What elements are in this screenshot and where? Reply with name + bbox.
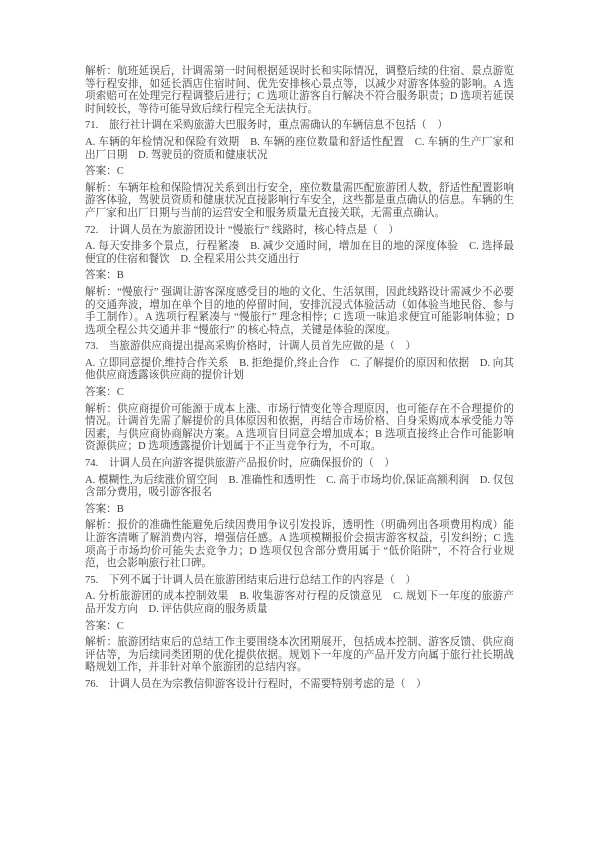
question-74-analysis: 解析：报价的准确性能避免后续因费用争议引发投诉，透明性（明确列出各项费用构成）能…	[85, 520, 514, 570]
question-72-options: A. 每天安排多个景点，行程紧凑 B. 减少交通时间，增加在目的地的深度体验 C…	[85, 241, 514, 266]
document-page: 解析：航班延误后，计调需第一时间根据延误时长和实际情况，调整后续的住宿、景点游览…	[0, 0, 600, 849]
question-75-heading: 75. 下列不属于计调人员在旅游团结束后进行总结工作的内容是（ ）	[85, 575, 514, 588]
document-content: 解析：航班延误后，计调需第一时间根据延误时长和实际情况，调整后续的住宿、景点游览…	[85, 66, 514, 696]
question-72-heading: 72. 计调人员在为旅游团设计 “慢旅行” 线路时，核心特点是（ ）	[85, 225, 514, 238]
question-71-analysis: 解析：车辆年检和保险情况关系到出行安全，座位数量需匹配旅游团人数，舒适性配置影响…	[85, 183, 514, 221]
question-76-heading: 76. 计调人员在为宗教信仰游客设计行程时，不需要特别考虑的是（ ）	[85, 679, 514, 692]
question-74-heading: 74. 计调人员在向游客提供旅游产品报价时，应确保报价的（ ）	[85, 458, 514, 471]
question-73-heading: 73. 当旅游供应商提出提高采购价格时，计调人员首先应做的是（ ）	[85, 341, 514, 354]
question-75-answer: 答案：C	[85, 621, 514, 634]
question-71-answer: 答案：C	[85, 166, 514, 179]
question-74-answer: 答案：B	[85, 504, 514, 517]
question-74-options: A. 模糊性,为后续涨价留空间 B. 准确性和透明性 C. 高于市场均价,保证高…	[85, 475, 514, 500]
question-72-analysis: 解析：“慢旅行” 强调让游客深度感受目的地的文化、生活氛围，因此线路设计需减少不…	[85, 287, 514, 337]
question-75-options: A. 分析旅游团的成本控制效果 B. 收集游客对行程的反馈意见 C. 规划下一年…	[85, 591, 514, 616]
question-73-answer: 答案：C	[85, 387, 514, 400]
question-71-options: A. 车辆的年检情况和保险有效期 B. 车辆的座位数量和舒适性配置 C. 车辆的…	[85, 137, 514, 162]
question-73-analysis: 解析：供应商提价可能源于成本上涨、市场行情变化等合理原因，也可能存在不合理提价的…	[85, 404, 514, 454]
question-75-analysis: 解析：旅游团结束后的总结工作主要围绕本次团期展开，包括成本控制、游客反馈、供应商…	[85, 637, 514, 675]
question-71-heading: 71. 旅行社计调在采购旅游大巴服务时，重点需确认的车辆信息不包括（ ）	[85, 120, 514, 133]
question-73-options: A. 立即同意提价,维持合作关系 B. 拒绝提价,终止合作 C. 了解提价的原因…	[85, 358, 514, 383]
analysis-continuation: 解析：航班延误后，计调需第一时间根据延误时长和实际情况，调整后续的住宿、景点游览…	[85, 66, 514, 116]
question-72-answer: 答案：B	[85, 270, 514, 283]
